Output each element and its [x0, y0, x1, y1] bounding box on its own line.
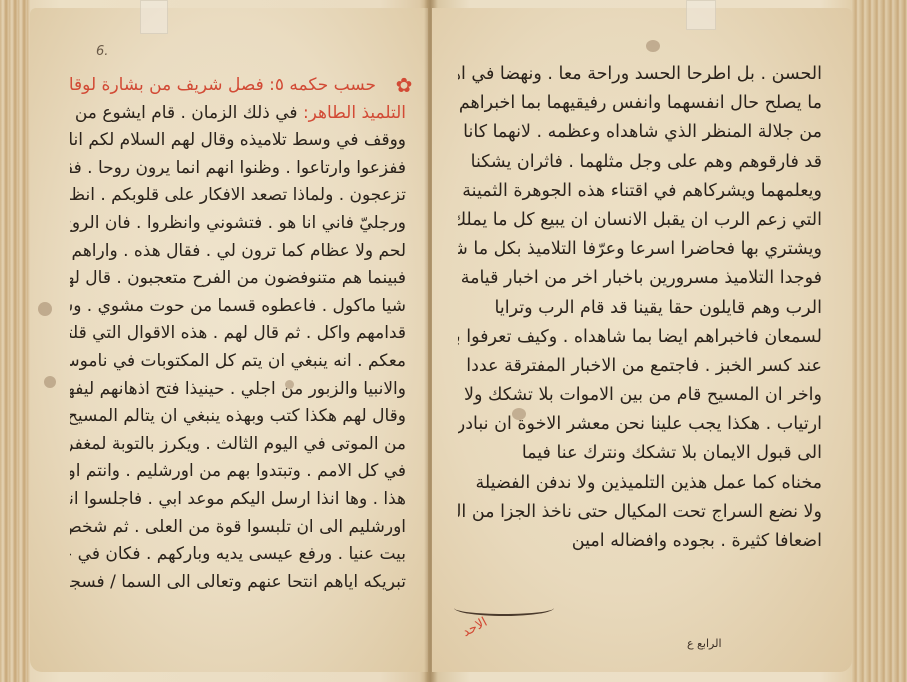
text-line: فوجدا التلاميذ مسرورين باخبار اخر من اخب…	[458, 264, 822, 293]
left-page-text: حسب حكمه ٥: فصل شريف من بشارة لوقا الانج…	[70, 72, 406, 596]
repair-tape	[140, 0, 168, 34]
stain	[646, 40, 660, 52]
text-line: ورجليّ فاني انا هو . فتشوني وانظروا . فا…	[70, 210, 406, 238]
text-line: التي زعم الرب ان يقبل الانسان ان يبيع كل…	[458, 206, 822, 235]
folio-number: 6.	[96, 44, 108, 59]
text-line: في كل الامم . وتبتدوا بهم من اورشليم . و…	[70, 458, 406, 486]
text-line: تبريكه اياهم انتحا عنهم وتعالى الى السما…	[70, 569, 406, 597]
text-line: اضعافا كثيرة . بجوده وافضاله امين	[458, 527, 822, 556]
text-line: واخر ان المسيح قام من بين الاموات بلا تش…	[458, 381, 822, 410]
text-line: الرب وهم قايلون حقا يقينا قد قام الرب وت…	[458, 294, 822, 323]
text-line: تزعجون . ولماذا تصعد الافكار على قلوبكم …	[70, 182, 406, 210]
left-page-edges	[0, 0, 30, 682]
stain	[44, 376, 56, 388]
catchword-black: الرابع ع	[687, 638, 722, 650]
text-line: ويشتري بها فحاضرا اسرعا وعرّفا التلاميذ …	[458, 235, 822, 264]
text-line: ففزعوا وارتاعوا . وظنوا انهم انما يرون ر…	[70, 155, 406, 183]
rubric-heading-continued: التلميذ الطاهر:	[303, 103, 406, 123]
text-line: مخناه كما عمل هذين التلميذين ولا ندفن ال…	[458, 469, 822, 498]
rubric-heading: حسب حكمه ٥: فصل شريف من بشارة لوقا الانج…	[70, 72, 406, 100]
text-line: والانبيا والزبور من اجلي . حينيذا فتح اذ…	[70, 376, 406, 404]
text-line: من جلالة المنظر الذي شاهداه وعظمه . لانه…	[458, 118, 822, 147]
text-line: ويعلمهما ويشركاهم في اقتناء هذه الجوهرة …	[458, 177, 822, 206]
text-line: ما يصلح حال انفسهما وانفس رفيقيهما بما ا…	[458, 89, 822, 118]
text-line: الحسن . بل اطرحا الحسد وراحة معا . ونهضا…	[458, 60, 822, 89]
text-line: عند كسر الخبز . فاجتمع من الاخبار المفتر…	[458, 352, 822, 381]
text-line-content: في ذلك الزمان . قام ايشوع من بين الاموات	[70, 103, 298, 123]
text-line: الى قبول الايمان بلا تشكك ونترك عنا فيما	[458, 439, 822, 468]
closing-swash	[454, 600, 554, 616]
text-line: اورشليم الى ان تلبسوا قوة من العلى . ثم …	[70, 514, 406, 542]
text-line: هذا . وها انذا ارسل اليكم موعد ابي . فاج…	[70, 486, 406, 514]
text-line: فبينما هم متنوفضون من الفرح متعجبون . قا…	[70, 265, 406, 293]
text-line: ارتياب . هكذا يجب علينا نحن معشر الاخوة …	[458, 410, 822, 439]
text-line: ولا نضع السراج تحت المكيال حتى ناخذ الجز…	[458, 498, 822, 527]
stain	[38, 302, 52, 316]
text-line: قدامهم واكل . ثم قال لهم . هذه الاقوال ا…	[70, 320, 406, 348]
text-line: شيا ماكول . فاعطوه قسما من حوت مشوي . وش…	[70, 293, 406, 321]
text-line: ووقف في وسط تلاميذه وقال لهم السلام لكم …	[70, 127, 406, 155]
repair-tape	[686, 0, 716, 30]
right-page-edges	[851, 0, 907, 682]
text-line: لحم ولا عظام كما ترون لي . فقال هذه . وا…	[70, 238, 406, 266]
text-line: التلميذ الطاهر: في ذلك الزمان . قام ايشو…	[70, 100, 406, 128]
right-page-text: الحسن . بل اطرحا الحسد وراحة معا . ونهضا…	[458, 60, 822, 556]
text-line: من الموتى في اليوم الثالث . ويكرز بالتوب…	[70, 431, 406, 459]
text-line: وقال لهم هكذا كتب وبهذه ينبغي ان يتالم ا…	[70, 403, 406, 431]
text-line: قد فارقوهم وهم على وجل مثلهما . فاثران ي…	[458, 148, 822, 177]
manuscript-spread: 6. ✿ حسب حكمه ٥: فصل شريف من بشارة لوقا …	[0, 0, 907, 682]
text-line: لسمعان فاخبراهم ايضا بما شاهداه . وكيف ت…	[458, 323, 822, 352]
left-page: 6. ✿ حسب حكمه ٥: فصل شريف من بشارة لوقا …	[30, 8, 428, 672]
text-line: معكم . انه ينبغي ان يتم كل المكتوبات في …	[70, 348, 406, 376]
text-line: بيت عنيا . ورفع عيسى يديه وباركهم . فكان…	[70, 541, 406, 569]
catchword-red: الاحد	[460, 615, 490, 640]
right-page: الحسن . بل اطرحا الحسد وراحة معا . ونهضا…	[432, 8, 852, 672]
